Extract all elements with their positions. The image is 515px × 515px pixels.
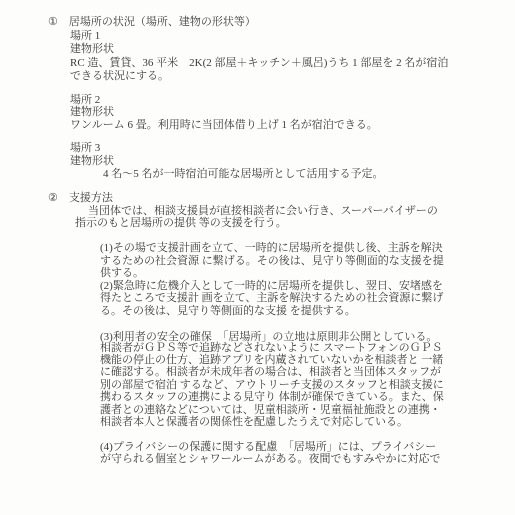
para3-line4: に確認する。相談者が未成年者の場合は、相談者と当団体スタッフが bbox=[100, 366, 441, 378]
place3-desc-line1: 4 名～5 名が一時宿泊可能な居場所として活用する予定。 bbox=[103, 168, 384, 180]
place1-name: 場所 1 bbox=[70, 30, 100, 42]
para4-line2: が守られる個室とシャワールームがある。夜間でもすみやかに対応で bbox=[100, 453, 441, 465]
place3-shape-label: 建物形状 bbox=[70, 155, 114, 167]
para3-line6: 携わるスタッフの連携による見守り 体制が確保できている。また、保 bbox=[100, 391, 444, 403]
para2-line2: 得たところで支援計 画を立て、主訴を解決するための社会資源に繋げ bbox=[100, 292, 443, 304]
place1-shape-label: 建物形状 bbox=[70, 43, 114, 55]
place2-desc-line1: ワンルーム 6 畳。利用時に当団体借り上げ 1 名が宿泊できる。 bbox=[70, 119, 378, 131]
place2-name: 場所 2 bbox=[70, 94, 100, 106]
para3-line8: 相談者本人と保護者の関係性を配慮したうえで対応している。 bbox=[100, 416, 408, 428]
support-intro-line1: 当団体では、相談支援員が直接相談者に会い行き、スーパーバイザーの bbox=[88, 205, 438, 217]
scanned-document-page: ①居場所の状況（場所、建物の形状等） 場所 1 建物形状 RC 造、賃貸、36 … bbox=[0, 0, 515, 515]
para3-line3: 機能の停止の仕方、追跡アプリを内蔵されていないかを相談者と 一緒 bbox=[100, 354, 443, 366]
section1-heading-text: 居場所の状況（場所、建物の形状等） bbox=[69, 16, 256, 28]
para1-line3: 供する。 bbox=[100, 267, 144, 279]
place1-desc-line2: できる状況にする。 bbox=[70, 70, 169, 82]
para3-line5: 別の部屋で宿泊 するなど、アウトリーチ支援のスタッフと相談支援に bbox=[100, 379, 444, 391]
para1-line2: するための社会資源 に繋げる。その後は、見守り等側面的な支援を提 bbox=[100, 255, 444, 267]
section2-number-marker: ② bbox=[48, 192, 58, 204]
place2-shape-label: 建物形状 bbox=[70, 106, 114, 118]
para1-line1: (1)その場で支援計画を立て、一時的に居場所を提供し後、主訴を解決 bbox=[100, 242, 443, 254]
section2-heading-text: 支援方法 bbox=[69, 192, 113, 204]
para3-line7: 護者との連絡などについては、児童相談所・児童福祉施設との連携・ bbox=[100, 404, 441, 416]
support-intro-line2: 指示のもと居場所の提供 等の支援を行う。 bbox=[75, 217, 287, 229]
para3-line2: 相談者がＧＰＳ等で追跡などされないように スマートフォンのＧＰＳ bbox=[100, 342, 443, 354]
para4-line1: (4)プライバシーの保護に関する配慮 「居場所」には、プライバシー bbox=[100, 441, 436, 453]
place3-name: 場所 3 bbox=[70, 142, 100, 154]
place1-desc-line1: RC 造、賃貸、36 平米 2K(2 部屋＋キッチン＋風呂)うち 1 部屋を 2… bbox=[70, 57, 448, 69]
para2-line1: (2)緊急時に危機介入として一時的に居場所を提供し、翌日、安堵感を bbox=[100, 280, 443, 292]
section2-heading-line: ②支援方法 bbox=[48, 192, 113, 204]
para2-line3: る。その後は、見守り等側面的な支援 を提供する。 bbox=[100, 305, 356, 317]
section1-heading-line: ①居場所の状況（場所、建物の形状等） bbox=[48, 16, 256, 28]
section1-number-marker: ① bbox=[48, 16, 58, 28]
